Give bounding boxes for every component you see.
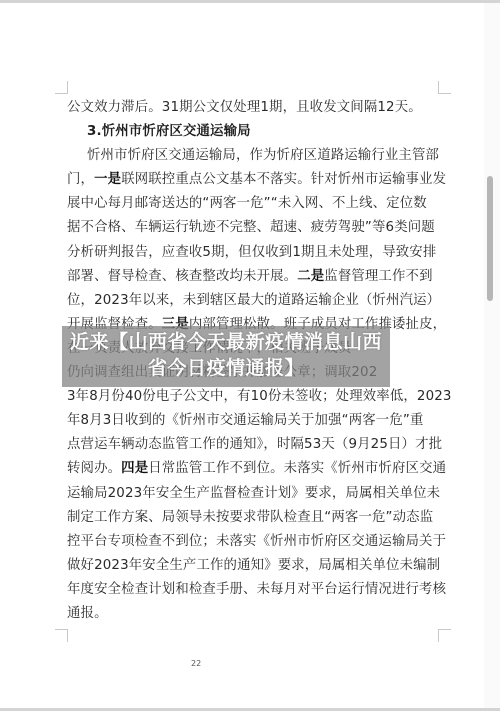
text-run: 联网联控重点公文基本不落实。针对忻州市运输事业发 (121, 172, 446, 187)
paragraph-line: 公文效力滞后。31期公文仅处理1期，且收发文间隔12天。 (67, 96, 440, 120)
headline-title: 近来【山西省今天最新疫情消息山西 省今日疫情通报】 (62, 326, 390, 381)
margin-corner-bottom-right (438, 629, 451, 642)
paragraph-line: 运输局2023年安全生产监督检查计划》要求，局属相关单位未 (67, 482, 440, 506)
paragraph-line: 控平台专项检查不到位；未落实《忻州市忻府区交通运输局关于 (67, 530, 440, 554)
vertical-scrollbar[interactable] (484, 3, 500, 708)
bold-text-run: 二是 (297, 269, 324, 284)
paragraph-line: 年度安全检查计划和检查手册、未每月对平台运行情况进行考核 (67, 578, 440, 602)
paragraph-line: 据不合格、车辆运行轨迹不完整、超速、疲劳驾驶”等6类问题 (67, 216, 440, 240)
text-run: 部署、督导检查、核查整改均未开展。 (67, 269, 297, 284)
section-heading: 3.忻州市忻府区交通运输局 (67, 120, 440, 144)
paragraph-line: 点营运车辆动态监管工作的通知》，时隔53天（9月25日）才批 (67, 433, 440, 457)
text-run: 转阅办。 (67, 461, 121, 476)
text-run: 监督管理工作不到 (324, 269, 432, 284)
paragraph-line: 制定工作方案、局领导未按要求带队检查且“两客一危”动态监 (67, 506, 440, 530)
paragraph-line: 3年8月份40份电子公文中，有10份未签收；处理效率低，2023 (67, 385, 440, 409)
paragraph-line: 做好2023年安全生产工作的通知》要求，局属相关单位未编制 (67, 554, 440, 578)
text-run: 日常监管工作不到位。未落实《忻州市忻府区交通 (148, 461, 446, 476)
paragraph-line: 通报。 (67, 602, 440, 626)
bold-text-run: 一是 (94, 172, 121, 187)
paragraph-line: 年8月3日收到的《忻州市交通运输局关于加强“两客一危”重 (67, 409, 440, 433)
margin-corner-top-left (55, 81, 68, 94)
paragraph-line: 门，一是联网联控重点公文基本不落实。针对忻州市运输事业发 (67, 168, 440, 192)
paragraph-line: 展中心每月邮寄送达的“两客一危”“未入网、不上线、定位数 (67, 192, 440, 216)
margin-corner-top-right (438, 81, 451, 94)
page-number: 22 (191, 659, 201, 668)
headline-line-2: 省今日疫情通报】 (62, 355, 390, 381)
paragraph-line: 忻州市忻府区交通运输局，作为忻府区道路运输行业主管部 (67, 144, 440, 168)
text-run: 门， (67, 172, 94, 187)
paragraph-line: 分析研判报告，应查收5期，但仅收到1期且未处理，导致安排 (67, 241, 440, 265)
margin-corner-bottom-left (55, 629, 68, 642)
headline-line-1: 近来【山西省今天最新疫情消息山西 (62, 329, 390, 355)
paragraph-line: 位，2023年以来，未到辖区最大的道路运输企业（忻州汽运） (67, 289, 440, 313)
bold-text-run: 四是 (121, 461, 148, 476)
paragraph-line: 转阅办。四是日常监管工作不到位。未落实《忻州市忻府区交通 (67, 457, 440, 481)
scrollbar-thumb[interactable] (487, 176, 493, 301)
paragraph-line: 部署、督导检查、核查整改均未开展。二是监督管理工作不到 (67, 265, 440, 289)
